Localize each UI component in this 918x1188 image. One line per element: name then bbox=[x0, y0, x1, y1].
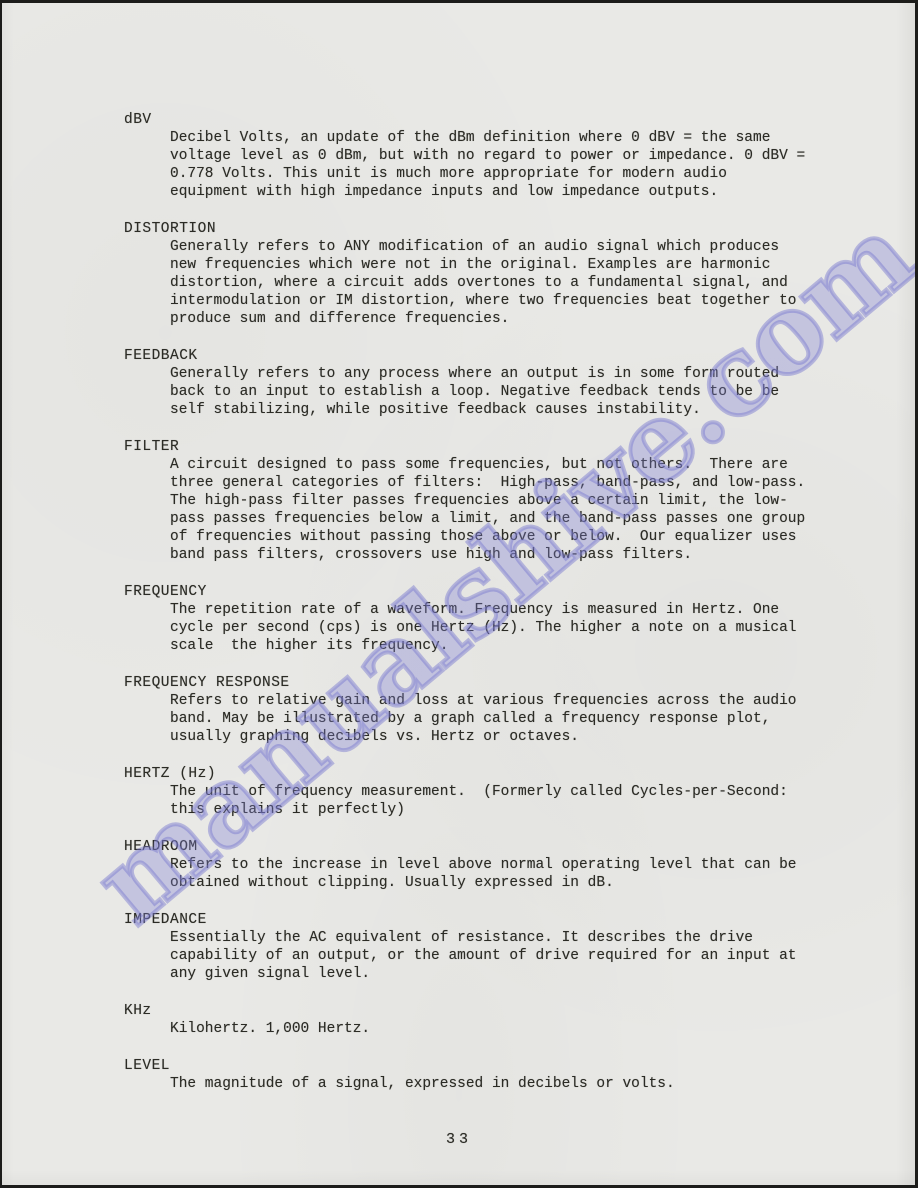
glossary-term: HEADROOM bbox=[124, 838, 864, 856]
definition-line: Generally refers to any process where an… bbox=[170, 365, 864, 383]
definition-line: of frequencies without passing those abo… bbox=[170, 528, 864, 546]
glossary-definition: The repetition rate of a waveform. Frequ… bbox=[170, 601, 864, 655]
glossary-term: HERTZ (Hz) bbox=[124, 765, 864, 783]
scan-edge-top bbox=[0, 0, 918, 3]
definition-line: scale the higher its frequency. bbox=[170, 637, 864, 655]
definition-line: new frequencies which were not in the or… bbox=[170, 256, 864, 274]
definition-line: usually graphing decibels vs. Hertz or o… bbox=[170, 728, 864, 746]
glossary-term: FREQUENCY bbox=[124, 583, 864, 601]
definition-line: equipment with high impedance inputs and… bbox=[170, 183, 864, 201]
definition-line: Refers to relative gain and loss at vari… bbox=[170, 692, 864, 710]
definition-line: pass passes frequencies below a limit, a… bbox=[170, 510, 864, 528]
glossary-definition: Essentially the AC equivalent of resista… bbox=[170, 929, 864, 983]
glossary-definition: Kilohertz. 1,000 Hertz. bbox=[170, 1020, 864, 1038]
definition-line: The high-pass filter passes frequencies … bbox=[170, 492, 864, 510]
definition-line: distortion, where a circuit adds overton… bbox=[170, 274, 864, 292]
glossary: dBVDecibel Volts, an update of the dBm d… bbox=[124, 111, 864, 1112]
definition-line: The magnitude of a signal, expressed in … bbox=[170, 1075, 864, 1093]
definition-line: Kilohertz. 1,000 Hertz. bbox=[170, 1020, 864, 1038]
glossary-term: DISTORTION bbox=[124, 220, 864, 238]
definition-line: 0.778 Volts. This unit is much more appr… bbox=[170, 165, 864, 183]
definition-line: produce sum and difference frequencies. bbox=[170, 310, 864, 328]
glossary-entry: FILTERA circuit designed to pass some fr… bbox=[124, 438, 864, 564]
glossary-definition: Generally refers to any process where an… bbox=[170, 365, 864, 419]
definition-line: voltage level as 0 dBm, but with no rega… bbox=[170, 147, 864, 165]
glossary-entry: DISTORTIONGenerally refers to ANY modifi… bbox=[124, 220, 864, 328]
glossary-entry: dBVDecibel Volts, an update of the dBm d… bbox=[124, 111, 864, 201]
definition-line: Essentially the AC equivalent of resista… bbox=[170, 929, 864, 947]
definition-line: self stabilizing, while positive feedbac… bbox=[170, 401, 864, 419]
definition-line: Generally refers to ANY modification of … bbox=[170, 238, 864, 256]
glossary-term: dBV bbox=[124, 111, 864, 129]
glossary-definition: Refers to relative gain and loss at vari… bbox=[170, 692, 864, 746]
glossary-entry: IMPEDANCEEssentially the AC equivalent o… bbox=[124, 911, 864, 983]
glossary-entry: FREQUENCYThe repetition rate of a wavefo… bbox=[124, 583, 864, 655]
definition-line: Decibel Volts, an update of the dBm defi… bbox=[170, 129, 864, 147]
scanned-page: manualshive.com dBVDecibel Volts, an upd… bbox=[0, 0, 918, 1188]
definition-line: band pass filters, crossovers use high a… bbox=[170, 546, 864, 564]
definition-line: The repetition rate of a waveform. Frequ… bbox=[170, 601, 864, 619]
definition-line: obtained without clipping. Usually expre… bbox=[170, 874, 864, 892]
glossary-entry: HERTZ (Hz)The unit of frequency measurem… bbox=[124, 765, 864, 819]
glossary-entry: FREQUENCY RESPONSERefers to relative gai… bbox=[124, 674, 864, 746]
glossary-definition: A circuit designed to pass some frequenc… bbox=[170, 456, 864, 564]
glossary-term: FILTER bbox=[124, 438, 864, 456]
glossary-definition: Refers to the increase in level above no… bbox=[170, 856, 864, 892]
definition-line: this explains it perfectly) bbox=[170, 801, 864, 819]
glossary-term: IMPEDANCE bbox=[124, 911, 864, 929]
glossary-definition: The magnitude of a signal, expressed in … bbox=[170, 1075, 864, 1093]
glossary-entry: LEVELThe magnitude of a signal, expresse… bbox=[124, 1057, 864, 1093]
definition-line: any given signal level. bbox=[170, 965, 864, 983]
page-number: 33 bbox=[0, 1131, 918, 1148]
glossary-entry: HEADROOMRefers to the increase in level … bbox=[124, 838, 864, 892]
glossary-term: FREQUENCY RESPONSE bbox=[124, 674, 864, 692]
definition-line: cycle per second (cps) is one Hertz (Hz)… bbox=[170, 619, 864, 637]
definition-line: A circuit designed to pass some frequenc… bbox=[170, 456, 864, 474]
glossary-term: KHz bbox=[124, 1002, 864, 1020]
glossary-definition: Generally refers to ANY modification of … bbox=[170, 238, 864, 328]
definition-line: three general categories of filters: Hig… bbox=[170, 474, 864, 492]
glossary-term: FEEDBACK bbox=[124, 347, 864, 365]
definition-line: intermodulation or IM distortion, where … bbox=[170, 292, 864, 310]
glossary-entry: FEEDBACKGenerally refers to any process … bbox=[124, 347, 864, 419]
definition-line: Refers to the increase in level above no… bbox=[170, 856, 864, 874]
definition-line: band. May be illustrated by a graph call… bbox=[170, 710, 864, 728]
definition-line: capability of an output, or the amount o… bbox=[170, 947, 864, 965]
definition-line: The unit of frequency measurement. (Form… bbox=[170, 783, 864, 801]
glossary-definition: The unit of frequency measurement. (Form… bbox=[170, 783, 864, 819]
glossary-entry: KHzKilohertz. 1,000 Hertz. bbox=[124, 1002, 864, 1038]
definition-line: back to an input to establish a loop. Ne… bbox=[170, 383, 864, 401]
glossary-definition: Decibel Volts, an update of the dBm defi… bbox=[170, 129, 864, 201]
scan-edge-left bbox=[0, 0, 2, 1188]
glossary-term: LEVEL bbox=[124, 1057, 864, 1075]
